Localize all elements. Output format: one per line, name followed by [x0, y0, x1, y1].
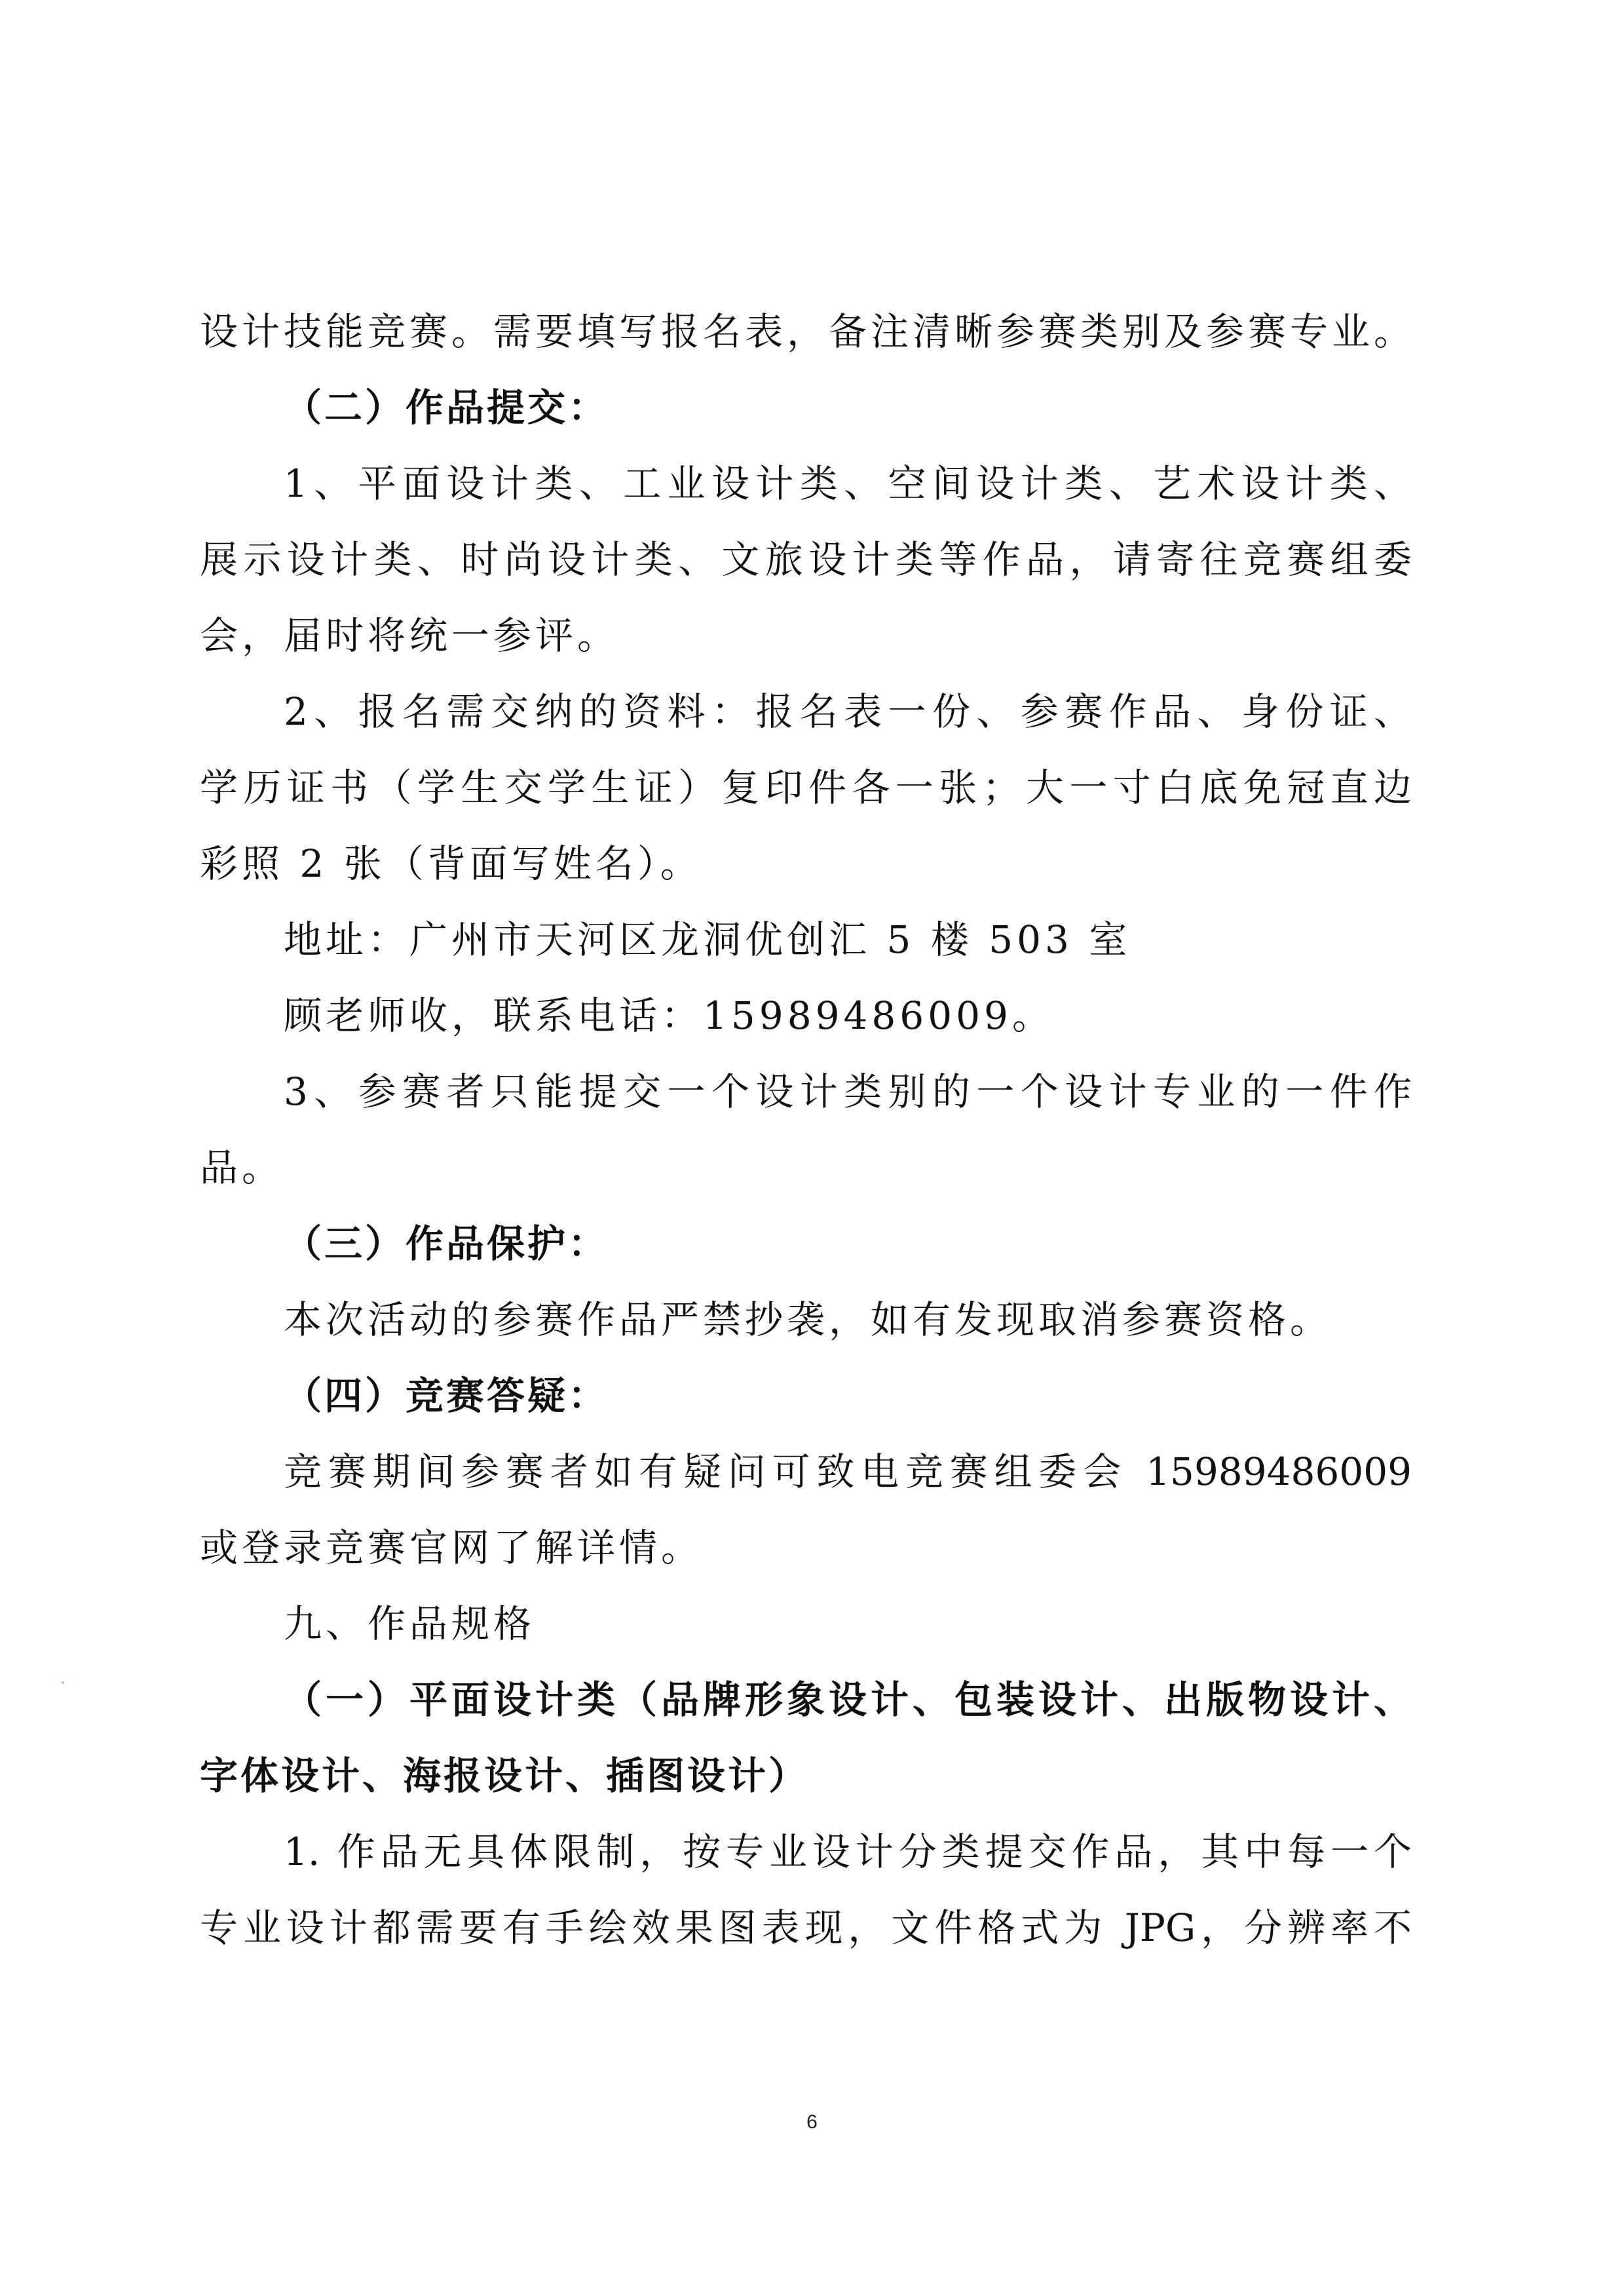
contact-phone-line: 顾老师收，联系电话：15989486009。	[200, 978, 1412, 1054]
paragraph-line-5: 会，届时将统一参评。	[200, 598, 1412, 674]
subheading-submission: （二）作品提交：	[200, 370, 1412, 446]
paragraph-line-22: 专业设计都需要有手绘效果图表现，文件格式为 JPG，分辨率不	[200, 1890, 1412, 1966]
paragraph-line-6: 2、报名需交纳的资料：报名表一份、参赛作品、身份证、	[200, 674, 1412, 750]
page-number: 6	[0, 2111, 1624, 2133]
paragraph-line-11: 3、参赛者只能提交一个设计类别的一个设计专业的一件作	[200, 1054, 1412, 1130]
scan-speck	[62, 1681, 64, 1684]
subheading-protection: （三）作品保护：	[200, 1206, 1412, 1282]
paragraph-line-1: 设计技能竞赛。需要填写报名表，备注清晰参赛类别及参赛专业。	[200, 294, 1412, 370]
document-page: 设计技能竞赛。需要填写报名表，备注清晰参赛类别及参赛专业。 （二）作品提交： 1…	[200, 294, 1412, 1966]
section-heading-specs: 九、作品规格	[200, 1586, 1412, 1662]
paragraph-line-4: 展示设计类、时尚设计类、文旅设计类等作品，请寄往竞赛组委	[200, 522, 1412, 598]
address-line: 地址：广州市天河区龙洞优创汇 5 楼 503 室	[200, 902, 1412, 978]
subheading-graphic-design: （一）平面设计类（品牌形象设计、包装设计、出版物设计、	[200, 1662, 1412, 1738]
paragraph-line-7: 学历证书（学生交学生证）复印件各一张；大一寸白底免冠直边	[200, 750, 1412, 826]
subheading-qa: （四）竞赛答疑：	[200, 1358, 1412, 1434]
paragraph-line-16: 竞赛期间参赛者如有疑问可致电竞赛组委会 15989486009	[200, 1434, 1412, 1510]
paragraph-line-21: 1. 作品无具体限制，按专业设计分类提交作品，其中每一个	[200, 1814, 1412, 1890]
paragraph-line-12: 品。	[200, 1130, 1412, 1206]
paragraph-line-3: 1、平面设计类、工业设计类、空间设计类、艺术设计类、	[200, 446, 1412, 522]
paragraph-line-17: 或登录竞赛官网了解详情。	[200, 1510, 1412, 1586]
paragraph-line-14: 本次活动的参赛作品严禁抄袭，如有发现取消参赛资格。	[200, 1282, 1412, 1358]
subheading-graphic-design-cont: 字体设计、海报设计、插图设计）	[200, 1738, 1412, 1814]
paragraph-line-8: 彩照 2 张（背面写姓名）。	[200, 826, 1412, 902]
